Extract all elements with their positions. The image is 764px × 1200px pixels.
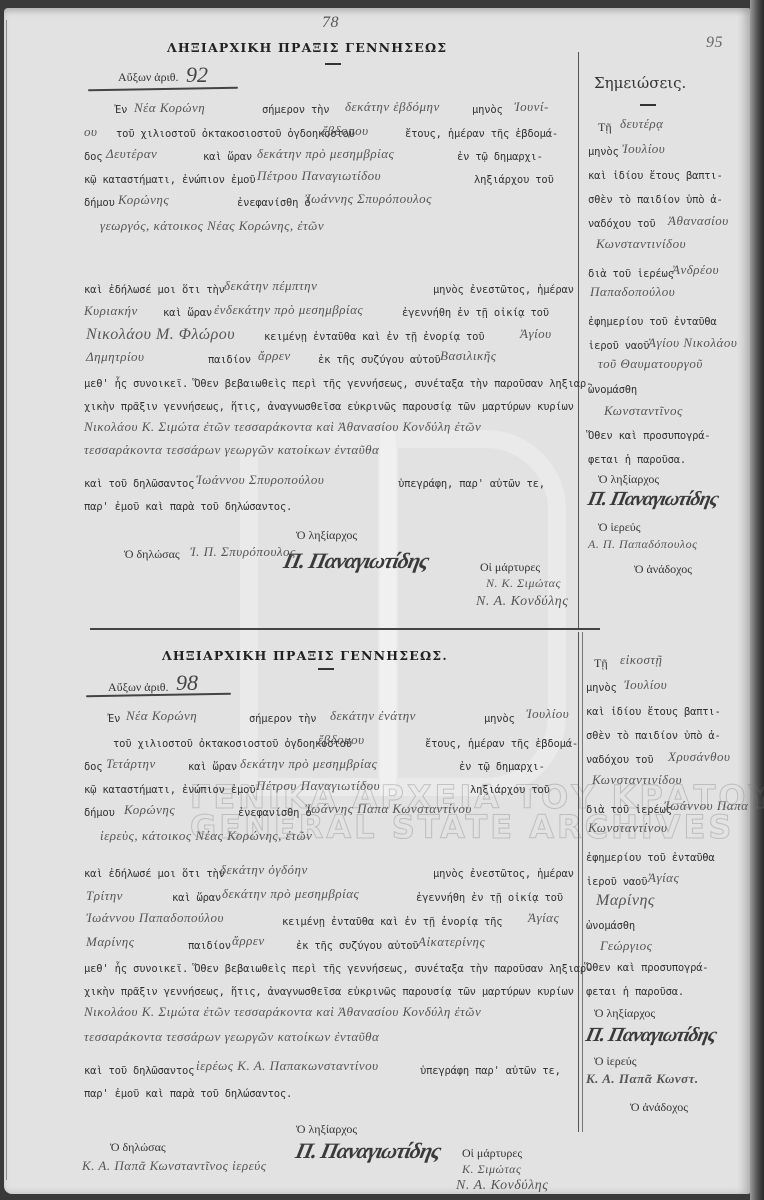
note-text: φεται ἡ παροῦσα. [586,986,684,998]
note-text: φεται ἡ παροῦσα. [588,454,686,466]
record-title: ΛΗΞΙΑΡΧΙΚΗ ΠΡΑΞΙΣ ΓΕΝΝΗΣΕΩΣ. [162,648,448,663]
note-text: Τῇ [594,656,608,671]
text-line: κῷ καταστήματι, ἐνώπιον ἐμοῦ [84,784,255,796]
handwritten-mother: Βασιλικῆς [440,348,497,364]
page-edge [750,0,764,1200]
text-line: παρ' ἐμοῦ καὶ παρὰ τοῦ δηλώσαντος. [84,501,292,513]
note-text: ἐφημερίου τοῦ ἐνταῦθα [588,316,717,328]
note-text: διὰ τοῦ ἱερέως [586,804,672,816]
text-line: κειμένῃ ἐνταῦθα καὶ ἐν τῇ ἐνορίᾳ τῆς [282,916,502,928]
handwritten-declarant: Ἰωάννης Παπα Κωνσταντίνου [305,801,472,817]
witness-signature: Ν. Α. Κονδύλης [476,594,568,610]
note-registrar-label: Ὁ ληξίαρχος [594,1006,655,1021]
handwritten-witnesses: Νικολάου Κ. Σιμώτα ἐτῶν τεσσαράκοντα καὶ… [84,1004,481,1020]
priest-label: Ὁ ἱερεύς [598,520,640,535]
text-line: δος [84,151,102,163]
handwritten-hour: δεκάτην πρὸ μεσημβρίας [240,756,377,772]
notes-dash [640,104,656,106]
handwritten-place: Νέα Κορώνη [134,100,205,116]
note-text: Τῇ [598,120,612,135]
text-line: τοῦ χιλιοστοῦ ὀκτακοσιοστοῦ ὀγδοηκοστοῦ [113,738,352,750]
note-text: ἱεροῦ ναοῦ [586,876,647,888]
witness-signature: Ν. Κ. Σιμώτας [486,576,561,591]
text-line: ἐγεννήθη ἐν τῇ οἰκίᾳ τοῦ [402,307,549,319]
note-handwritten: Ἀθανασίου [668,213,729,229]
text-line: δήμου [84,197,115,209]
text-line: σήμερον τὴν [262,104,329,116]
text-line: καὶ ὥραν [188,761,237,773]
handwritten-mother: Αἰκατερίνης [418,934,485,950]
registrar-label: Ὁ ληξίαρχος [296,528,357,543]
priest-signature: Α. Π. Παπαδόπουλος [588,537,697,552]
note-text: Ὅθεν καὶ προσυπογρά- [586,962,708,974]
text-line: ἐγεννήθη ἐν τῇ οἰκίᾳ τοῦ [416,892,563,904]
priest-label: Ὁ ἱερεύς [594,1054,636,1069]
text-line: μηνὸς [472,104,503,116]
note-handwritten: Κωνσταντινίδου [592,772,682,788]
registrar-label: Ὁ ληξίαρχος [296,1122,357,1137]
text-line: τοῦ χιλιοστοῦ ὀκτακοσιοστοῦ ὀγδοηκοστοῦ [116,128,355,140]
registrar-signature: Π. Παναγιωτίδης [293,1138,443,1164]
note-handwritten: Μαρίνης [596,892,655,910]
text-line: μηνὸς ἐνεστῶτος, ἡμέραν [433,284,574,296]
text-line: ἐνεφανίσθη ὁ [238,807,311,819]
text-line: μεθ' ἧς συνοικεῖ. Ὅθεν βεβαιωθεὶς περὶ τ… [84,963,592,975]
column-divider [578,52,579,630]
text-line: Ἐν [115,104,127,116]
text-line: καὶ ἐδήλωσέ μοι ὅτι τὴν [84,284,225,296]
text-line: μηνὸς [484,713,515,725]
record-separator [90,628,600,630]
text-line: χικὴν πρᾶξιν γεννήσεως, ἥτις, ἀναγνωσθεῖ… [84,401,574,413]
declarant-signature: Ἰ. Π. Σπυρόπουλος [190,544,296,560]
note-text: διὰ τοῦ ἱερέως [588,268,674,280]
note-handwritten: Ἁγίου Νικολάου [648,335,737,351]
note-handwritten: Ἰωάννου Παπα [664,798,748,814]
note-registrar-signature: Π. Παναγιωτίδης [586,488,721,511]
handwritten-weekday: Δευτέραν [106,146,157,162]
note-text: καὶ ἰδίου ἔτους βαπτι- [588,170,723,182]
handwritten-parish: Δημητρίου [86,349,145,365]
note-text: ναδόχου τοῦ [586,754,653,766]
text-line: μεθ' ἧς συνοικεῖ. Ὅθεν βεβαιωθεὶς περὶ τ… [84,378,592,390]
declarant-label: Ὁ δηλώσας [124,547,180,562]
handwritten-year: ἔβδομου [322,123,369,139]
record-title: ΛΗΞΙΑΡΧΙΚΗ ΠΡΑΞΙΣ ΓΕΝΝΗΣΕΩΣ [167,40,447,55]
handwritten-parish: Ἁγίου [520,326,552,342]
handwritten-registrar: Πέτρου Παναγιωτίδου [256,778,380,794]
handwritten-hour: ἐνδεκάτην πρὸ μεσημβρίας [214,302,363,318]
text-line: παιδίον [208,354,251,366]
handwritten-day: δεκάτην ἑβδόμην [345,99,440,115]
text-line: παιδίον [188,940,231,952]
text-line: ἔτους, ἡμέραν τῆς ἑβδομά- [405,128,558,140]
handwritten-witnesses: τεσσαράκοντα τεσσάρων γεωργῶν κατοίκων ἐ… [84,442,379,458]
note-text: σθὲν τὸ παιδίον ὑπὸ ἀ- [588,194,723,206]
page-number-center: 78 [322,14,339,32]
handwritten-month: Ἰουλίου [526,706,569,722]
note-handwritten: Παπαδοπούλου [590,284,675,300]
note-registrar-label: Ὁ ληξίαρχος [598,472,659,487]
text-line: ἐν τῷ δημαρχι- [457,151,543,163]
godparent-label: Ὁ ἀνάδοχος [630,1100,688,1115]
serial-number: 98 [176,670,198,696]
handwritten-birth-day: δεκάτην πέμπτην [224,278,317,294]
text-line: καὶ ὥραν [172,892,221,904]
page-number-right: 95 [706,34,723,52]
handwritten-declarant: ἱερέως Κ. Α. Παπακωνσταντίνου [196,1058,379,1074]
serial-label: Αὔξων ἀριθ. [108,680,169,695]
handwritten-house-owner: Ἰωάννου Παπαδοπούλου [86,910,224,926]
column-divider [582,632,583,1132]
text-line: ἐκ τῆς συζύγου αὐτοῦ [318,354,440,366]
note-handwritten: τοῦ Θαυματουργοῦ [598,356,703,372]
note-text: ὠνομάσθη [588,384,637,396]
note-handwritten: Ἰουλίου [622,141,665,157]
handwritten-municipality: Κορώνης [118,192,169,208]
handwritten-day: δεκάτην ἐνάτην [330,708,416,724]
handwritten-hour: δεκάτην πρὸ μεσημβρίας [222,886,359,902]
note-text: Ὅθεν καὶ προσυπογρά- [588,430,710,442]
note-handwritten: Ἰουλίου [624,677,667,693]
handwritten-hour: δεκάτην πρὸ μεσημβρίας [257,146,394,162]
text-line: χικὴν πρᾶξιν γεννήσεως, ἥτις, ἀναγνωσθεῖ… [84,986,574,998]
handwritten-registrar: Πέτρου Παναγιωτίδου [257,168,381,184]
handwritten-month: Ἰουνί- [514,99,549,115]
note-text: σθὲν τὸ παιδίον ὑπὸ ἀ- [586,730,721,742]
priest-signature: Κ. Α. Παπᾶ Κωνστ. [586,1071,699,1087]
note-handwritten: δευτέρᾳ [620,116,663,132]
declarant-label: Ὁ δηλώσας [110,1140,166,1155]
note-handwritten: Κωνσταντινίδου [596,236,686,252]
note-handwritten: Χρυσάνθου [668,749,731,765]
handwritten-weekday: Τρίτην [86,888,123,904]
handwritten-sex: ἄρρεν [232,933,265,949]
handwritten-municipality: Κορώνης [124,802,175,818]
text-line: ὑπεγράφη, παρ' αὐτῶν τε, [398,478,545,490]
note-handwritten: Κωνσταντῖνος [604,403,683,419]
note-handwritten: Κωνσταντίνου [588,820,667,836]
text-line: καὶ τοῦ δηλῶσαντος [84,478,194,490]
note-text: ἐφημερίου τοῦ ἐνταῦθα [586,852,715,864]
note-text: καὶ ἰδίου ἔτους βαπτι- [586,706,721,718]
serial-label: Αὔξων ἀριθ. [118,70,179,85]
note-text: μηνὸς [586,682,617,694]
witness-signature: Κ. Σιμώτας [462,1162,521,1177]
handwritten-declarant: Ἰωάννου Σπυροπούλου [196,472,324,488]
text-line: καὶ τοῦ δηλῶσαντος [84,1065,194,1077]
text-line: κειμένῃ ἐνταῦθα καὶ ἐν τῇ ἐνορίᾳ τοῦ [264,331,484,343]
witness-signature: Ν. Α. Κονδύλης [456,1178,548,1194]
handwritten-text: γεωργός, κάτοικος Νέας Κορώνης, ἐτῶν [100,218,324,234]
handwritten-year: ἔβδομου [318,732,365,748]
text-line: δήμου [84,807,115,819]
text-line: δος [84,761,102,773]
title-dash [318,668,334,670]
text-line: ἔτους, ἡμέραν τῆς ἑβδομά- [425,738,578,750]
handwritten-witnesses: Νικολάου Κ. Σιμώτα ἐτῶν τεσσαράκοντα καὶ… [84,419,481,435]
note-text: ὠνομάσθη [586,920,635,932]
text-line: ληξιάρχου τοῦ [470,784,550,796]
note-handwritten: Ἁγίας [648,870,679,886]
declarant-signature: Κ. Α. Παπᾶ Κωνσταντῖνος ἱερεύς [82,1158,266,1174]
note-registrar-signature: Π. Παναγιωτίδης [584,1024,719,1047]
handwritten-text: ου [84,124,97,140]
note-text: ναδόχου τοῦ [588,218,655,230]
title-dash [325,63,341,65]
godparent-label: Ὁ ἀνάδοχος [634,562,692,577]
handwritten-declarant: Ἰωάννης Σπυρόπουλος [305,191,432,207]
handwritten-weekday: Κυριακήν [84,303,138,319]
witnesses-label: Οἱ μάρτυρες [462,1146,522,1161]
text-line: παρ' ἐμοῦ καὶ παρὰ τοῦ δηλώσαντος. [84,1088,292,1100]
text-line: ληξιάρχου τοῦ [474,174,554,186]
text-line: μηνὸς ἐνεστῶτος, ἡμέραν [433,868,574,880]
handwritten-place: Νέα Κορώνη [126,708,197,724]
text-line: ὑπεγράφη παρ' αὐτῶν τε, [420,1065,561,1077]
handwritten-weekday: Τετάρτην [106,756,156,772]
column-divider [578,632,579,1132]
handwritten-witnesses: τεσσαράκοντα τεσσάρων γεωργῶν κατοίκων ἐ… [84,1029,379,1045]
handwritten-text: ἱερεὺς, κάτοικος Νέας Κορώνης, ἐτῶν [100,828,312,844]
note-handwritten: Ἀνδρέου [672,262,719,278]
serial-number: 92 [186,62,208,88]
witnesses-label: Οἱ μάρτυρες [480,560,540,575]
text-line: κῷ καταστήματι, ἐνώπιον ἐμοῦ [84,174,255,186]
margin-line [6,20,7,1180]
text-line: ἐκ τῆς συζύγου αὐτοῦ [296,940,418,952]
note-text: ἱεροῦ ναοῦ [588,340,649,352]
registrar-signature: Π. Παναγιωτίδης [281,548,431,574]
note-handwritten: Γεώργιος [600,938,652,954]
text-line: καὶ ὥραν [203,151,252,163]
note-handwritten: εἰκοστῇ [620,652,663,668]
handwritten-house-owner: Νικολάου Μ. Φλώρου [86,326,235,344]
text-line: καὶ ὥραν [163,307,212,319]
handwritten-parish: Μαρίνης [86,934,135,950]
note-text: μηνὸς [588,146,619,158]
notes-header: Σημειώσεις. [594,74,686,92]
handwritten-parish: Ἁγίας [528,910,559,926]
text-line: ἐν τῷ δημαρχι- [459,761,545,773]
text-line: Ἐν [108,713,120,725]
handwritten-sex: ἄρρεν [258,348,291,364]
text-line: σήμερον τὴν [249,713,316,725]
text-line: καὶ ἐδήλωσέ μοι ὅτι τὴν [84,868,225,880]
text-line: ἐνεφανίσθη ὁ [237,197,310,209]
handwritten-birth-day: δεκάτην ὀγδόην [220,862,308,878]
